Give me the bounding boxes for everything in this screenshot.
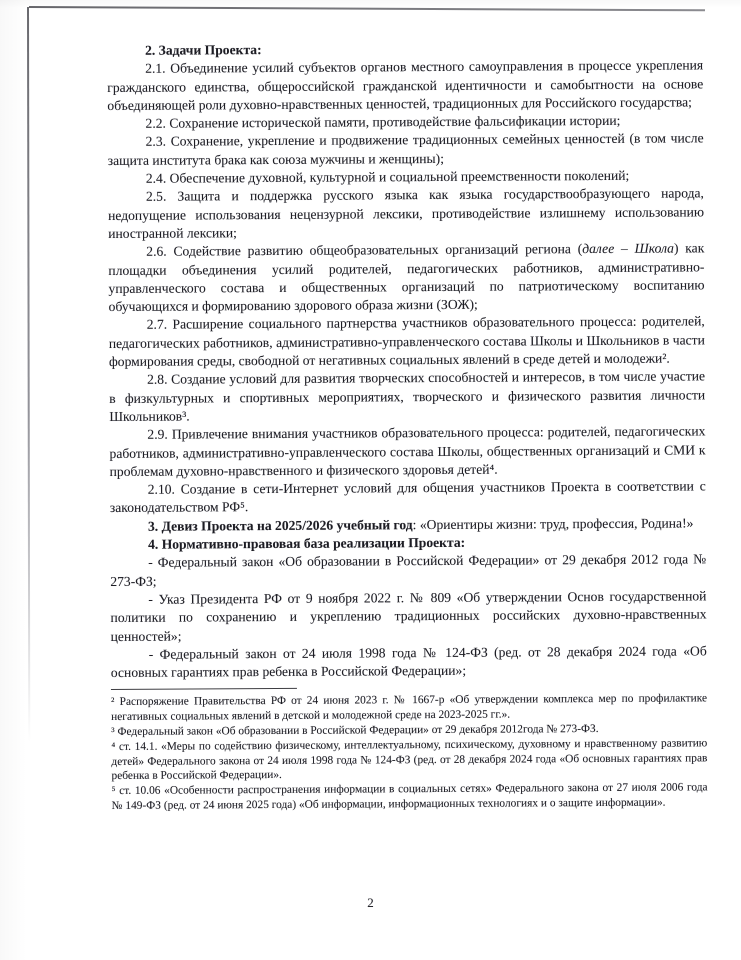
text-segment: 2.2. Сохранение исторической памяти, про… — [145, 113, 620, 131]
text-segment: далее – Школа — [582, 241, 674, 257]
text-segment: 2.3. Сохранение, укрепление и продвижени… — [108, 131, 704, 168]
document-body: 2. Задачи Проекта:2.1. Объединение усили… — [107, 38, 707, 682]
text-segment: 2.4. Обеспечение духовной, культурной и … — [146, 168, 630, 186]
scanned-page: 2. Задачи Проекта:2.1. Объединение усили… — [107, 38, 708, 813]
text-segment: 2.5. Защита и поддержка русского языка к… — [108, 186, 704, 241]
text-segment: - Указ Президента РФ от 9 ноября 2022 г.… — [110, 588, 706, 643]
para-2-8: 2.8. Создание условий для развития творч… — [109, 368, 705, 427]
para-2-3: 2.3. Сохранение, укрепление и продвижени… — [108, 130, 704, 170]
text-segment: - Федеральный закон «Об образовании в Ро… — [110, 552, 706, 589]
footnote-5: ⁵ ст. 10.06 «Особенности распространения… — [112, 781, 708, 814]
para-2-6: 2.6. Содействие развитию общеобразовател… — [108, 240, 704, 317]
footnotes-section: ² Распоряжение Правительства РФ от 24 ию… — [111, 686, 708, 814]
footnote-separator-line — [111, 688, 297, 690]
text-segment: 3. Девиз Проекта на 2025/2026 учебный го… — [148, 517, 413, 534]
para-decree-809: - Указ Президента РФ от 9 ноября 2022 г.… — [110, 587, 706, 646]
para-2-9: 2.9. Привлечение внимания участников обр… — [109, 423, 705, 482]
text-segment: 2.7. Расширение социального партнерства … — [109, 314, 705, 369]
footnotes-list: ² Распоряжение Правительства РФ от 24 ию… — [111, 692, 708, 814]
heading-3-motto: 3. Девиз Проекта на 2025/2026 учебный го… — [110, 514, 706, 536]
text-segment: - Федеральный закон от 24 июля 1998 года… — [111, 643, 707, 680]
para-2-5: 2.5. Защита и поддержка русского языка к… — [108, 185, 704, 244]
text-segment: 4. Нормативно-правовая база реализации П… — [148, 535, 465, 552]
footnote-4: ⁴ ст. 14.1. «Меры по содействию физическ… — [111, 736, 707, 784]
text-segment: 2. Задачи Проекта: — [145, 42, 262, 58]
text-segment: 2.10. Создание в сети-Интернет условий д… — [110, 478, 706, 515]
para-law-273: - Федеральный закон «Об образовании в Ро… — [110, 551, 706, 591]
text-segment: 2.1. Объединение усилий субъектов органо… — [107, 58, 703, 113]
para-2-1: 2.1. Объединение усилий субъектов органо… — [107, 57, 703, 116]
page-number: 2 — [0, 895, 741, 911]
text-segment: 2.9. Привлечение внимания участников обр… — [109, 424, 705, 479]
footnote-2: ² Распоряжение Правительства РФ от 24 ию… — [111, 692, 707, 725]
para-2-7: 2.7. Расширение социального партнерства … — [109, 313, 705, 372]
scan-left-edge-line — [27, 7, 30, 742]
scan-top-edge-line — [29, 6, 705, 11]
para-2-10: 2.10. Создание в сети-Интернет условий д… — [110, 477, 706, 517]
para-law-124: - Федеральный закон от 24 июля 1998 года… — [111, 642, 707, 682]
text-segment: 2.6. Содействие развитию общеобразовател… — [146, 241, 582, 259]
text-segment: 2.8. Создание условий для развития творч… — [109, 369, 705, 424]
text-segment: : «Ориентиры жизни: труд, профессия, Род… — [413, 515, 694, 532]
